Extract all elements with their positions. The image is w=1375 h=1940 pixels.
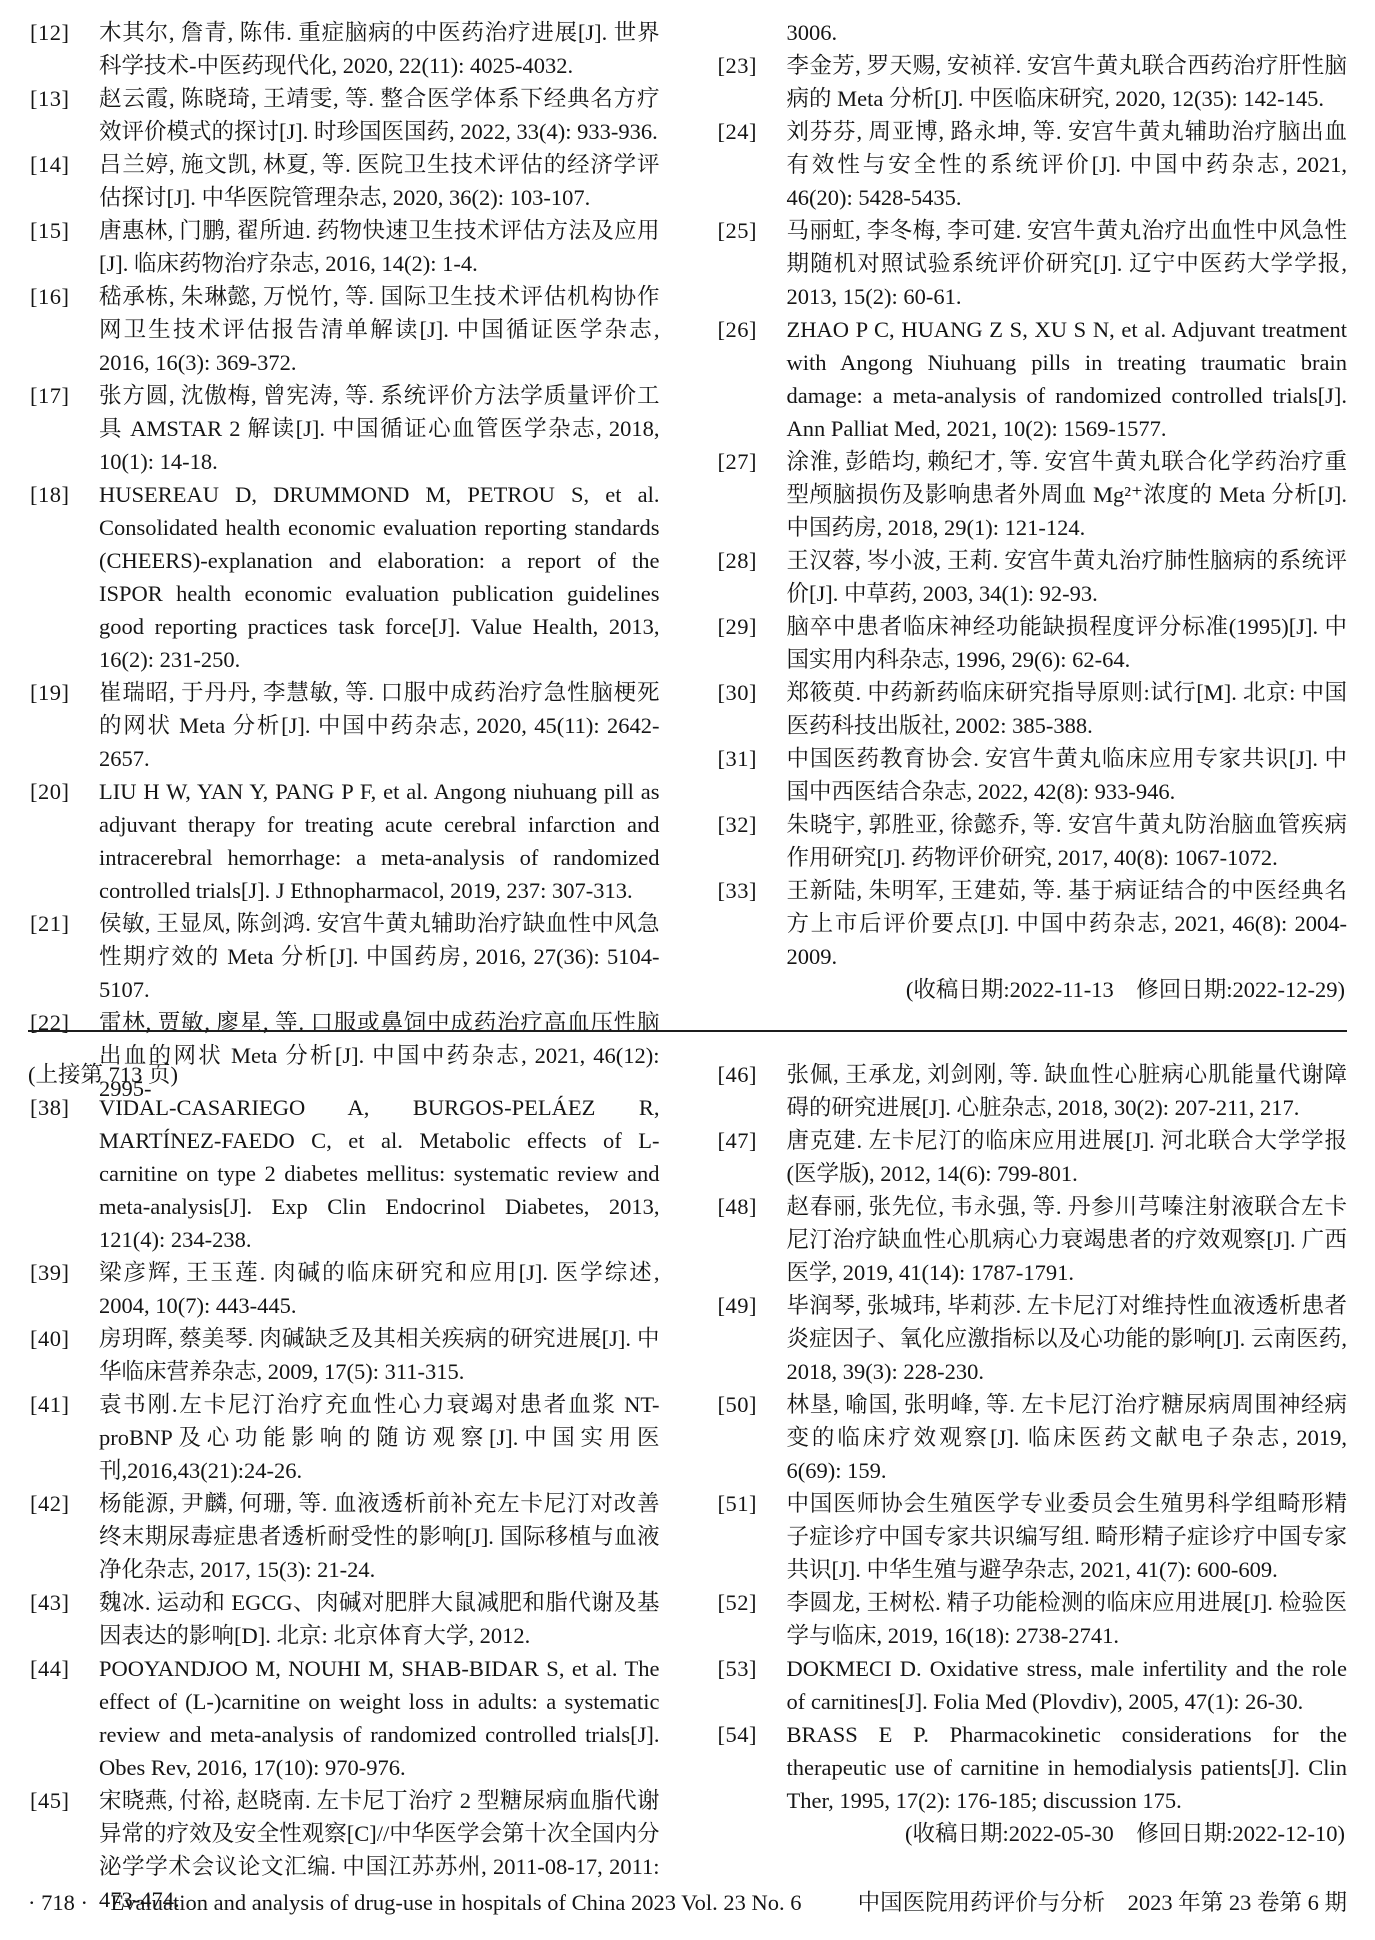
reference-item: [24]刘芬芬, 周亚博, 路永坤, 等. 安宫牛黄丸辅助治疗脑出血有效性与安全… — [716, 115, 1348, 214]
reference-number: [29] — [718, 610, 758, 643]
reference-item: [32]朱晓宇, 郭胜亚, 徐懿乔, 等. 安宫牛黄丸防治脑血管疾病作用研究[J… — [716, 808, 1348, 874]
reference-number: [50] — [718, 1388, 758, 1421]
reference-item: [53]DOKMECI D. Oxidative stress, male in… — [716, 1652, 1348, 1718]
reference-item: 3006. — [716, 16, 1348, 49]
reference-item: [43]魏冰. 运动和 EGCG、肉碱对肥胖大鼠减肥和脂代谢及基因表达的影响[D… — [28, 1586, 660, 1652]
reference-text: 林垦, 喻国, 张明峰, 等. 左卡尼汀治疗糖尿病周围神经病变的临床疗效观察[J… — [787, 1392, 1348, 1483]
reference-number: [28] — [718, 544, 758, 577]
reference-number: [32] — [718, 808, 758, 841]
reference-text: 赵云霞, 陈晓琦, 王靖雯, 等. 整合医学体系下经典名方疗效评价模式的探讨[J… — [99, 86, 660, 144]
reference-text: 3006. — [787, 20, 838, 45]
reference-number: [22] — [30, 1006, 70, 1039]
reference-item: [23]李金芳, 罗天赐, 安祯祥. 安宫牛黄丸联合西药治疗肝性脑病的 Meta… — [716, 49, 1348, 115]
reference-item: [38]VIDAL-CASARIEGO A, BURGOS-PELÁEZ R, … — [28, 1091, 660, 1256]
reference-number: [49] — [718, 1289, 758, 1322]
reference-number: [46] — [718, 1058, 758, 1091]
reference-number: [27] — [718, 445, 758, 478]
footer-page-number-and-journal-en: · 718 · Evaluation and analysis of drug-… — [28, 1886, 801, 1919]
bottom-right-column: [46]张佩, 王承龙, 刘剑刚, 等. 缺血性心脏病心肌能量代谢障碍的研究进展… — [716, 1058, 1348, 1916]
reference-number: [43] — [30, 1586, 70, 1619]
reference-item: [26]ZHAO P C, HUANG Z S, XU S N, et al. … — [716, 313, 1348, 445]
reference-text: 马丽虹, 李冬梅, 李可建. 安宫牛黄丸治疗出血性中风急性期随机对照试验系统评价… — [787, 218, 1348, 309]
reference-number: [13] — [30, 82, 70, 115]
reference-text: 中国医药教育协会. 安宫牛黄丸临床应用专家共识[J]. 中国中西医结合杂志, 2… — [787, 746, 1348, 804]
reference-number: [38] — [30, 1091, 70, 1124]
bottom-left-column: (上接第 713 页) [38]VIDAL-CASARIEGO A, BURGO… — [28, 1058, 660, 1916]
reference-text: 李金芳, 罗天赐, 安祯祥. 安宫牛黄丸联合西药治疗肝性脑病的 Meta 分析[… — [787, 53, 1348, 111]
reference-text: 唐克建. 左卡尼汀的临床应用进展[J]. 河北联合大学学报(医学版), 2012… — [787, 1128, 1348, 1186]
reference-number: [16] — [30, 280, 70, 313]
reference-list-bottom-left: [38]VIDAL-CASARIEGO A, BURGOS-PELÁEZ R, … — [28, 1091, 660, 1916]
reference-text: 房玥晖, 蔡美琴. 肉碱缺乏及其相关疾病的研究进展[J]. 中华临床营养杂志, … — [99, 1326, 660, 1384]
reference-item: [29]脑卒中患者临床神经功能缺损程度评分标准(1995)[J]. 中国实用内科… — [716, 610, 1348, 676]
reference-item: [25]马丽虹, 李冬梅, 李可建. 安宫牛黄丸治疗出血性中风急性期随机对照试验… — [716, 214, 1348, 313]
reference-number: [21] — [30, 907, 70, 940]
reference-text: 袁书刚.左卡尼汀治疗充血性心力衰竭对患者血浆 NT-proBNP及心功能影响的随… — [99, 1392, 660, 1483]
reference-number: [20] — [30, 775, 70, 808]
reference-item: [17]张方圆, 沈傲梅, 曾宪涛, 等. 系统评价方法学质量评价工具 AMST… — [28, 379, 660, 478]
reference-text: 赵春丽, 张先位, 韦永强, 等. 丹参川芎嗪注射液联合左卡尼汀治疗缺血性心肌病… — [787, 1194, 1348, 1285]
reference-number: [25] — [718, 214, 758, 247]
footer-journal-cn-volume-issue: 中国医院用药评价与分析 2023 年第 23 卷第 6 期 — [858, 1886, 1347, 1919]
references-section-bottom: (上接第 713 页) [38]VIDAL-CASARIEGO A, BURGO… — [28, 1058, 1347, 1916]
continuation-note: (上接第 713 页) — [28, 1058, 660, 1091]
reference-number: [33] — [718, 874, 758, 907]
reference-item: [40]房玥晖, 蔡美琴. 肉碱缺乏及其相关疾病的研究进展[J]. 中华临床营养… — [28, 1322, 660, 1388]
reference-number: [48] — [718, 1190, 758, 1223]
reference-item: [51]中国医师协会生殖医学专业委员会生殖男科学组畸形精子症诊疗中国专家共识编写… — [716, 1487, 1348, 1586]
reference-text: LIU H W, YAN Y, PANG P F, et al. Angong … — [99, 779, 660, 903]
journal-references-page: [12]木其尔, 詹青, 陈伟. 重症脑病的中医药治疗进展[J]. 世界科学技术… — [0, 0, 1375, 1940]
reference-item: [33]王新陆, 朱明军, 王建茹, 等. 基于病证结合的中医经典名方上市后评价… — [716, 874, 1348, 973]
reference-text: ZHAO P C, HUANG Z S, XU S N, et al. Adju… — [787, 317, 1348, 441]
reference-item: [21]侯敏, 王显凤, 陈剑鸿. 安宫牛黄丸辅助治疗缺血性中风急性期疗效的 M… — [28, 907, 660, 1006]
reference-number: [17] — [30, 379, 70, 412]
reference-item: [19]崔瑞昭, 于丹丹, 李慧敏, 等. 口服中成药治疗急性脑梗死的网状 Me… — [28, 676, 660, 775]
reference-item: [28]王汉蓉, 岑小波, 王莉. 安宫牛黄丸治疗肺性脑病的系统评价[J]. 中… — [716, 544, 1348, 610]
reference-number: [24] — [718, 115, 758, 148]
reference-number: [54] — [718, 1718, 758, 1751]
reference-text: 崔瑞昭, 于丹丹, 李慧敏, 等. 口服中成药治疗急性脑梗死的网状 Meta 分… — [99, 680, 660, 771]
reference-number: [41] — [30, 1388, 70, 1421]
section-divider-rule — [28, 1030, 1347, 1032]
reference-number: [14] — [30, 148, 70, 181]
reference-item: [52]李圆龙, 王树松. 精子功能检测的临床应用进展[J]. 检验医学与临床,… — [716, 1586, 1348, 1652]
reference-number: [52] — [718, 1586, 758, 1619]
top-left-column: [12]木其尔, 詹青, 陈伟. 重症脑病的中医药治疗进展[J]. 世界科学技术… — [28, 16, 660, 1105]
reference-item: [30]郑筱萸. 中药新药临床研究指导原则:试行[M]. 北京: 中国医药科技出… — [716, 676, 1348, 742]
reference-number: [18] — [30, 478, 70, 511]
reference-number: [15] — [30, 214, 70, 247]
received-revised-dates: (收稿日期:2022-11-13 修回日期:2022-12-29) — [716, 973, 1348, 1006]
reference-item: [16]嵇承栋, 朱琳懿, 万悦竹, 等. 国际卫生技术评估机构协作网卫生技术评… — [28, 280, 660, 379]
reference-text: 木其尔, 詹青, 陈伟. 重症脑病的中医药治疗进展[J]. 世界科学技术-中医药… — [99, 20, 660, 78]
references-section-top: [12]木其尔, 詹青, 陈伟. 重症脑病的中医药治疗进展[J]. 世界科学技术… — [28, 16, 1347, 1105]
reference-text: 郑筱萸. 中药新药临床研究指导原则:试行[M]. 北京: 中国医药科技出版社, … — [787, 680, 1348, 738]
reference-text: DOKMECI D. Oxidative stress, male infert… — [787, 1656, 1348, 1714]
reference-item: [42]杨能源, 尹麟, 何珊, 等. 血液透析前补充左卡尼汀对改善终末期尿毒症… — [28, 1487, 660, 1586]
reference-list-top-right: 3006.[23]李金芳, 罗天赐, 安祯祥. 安宫牛黄丸联合西药治疗肝性脑病的… — [716, 16, 1348, 973]
reference-item: [13]赵云霞, 陈晓琦, 王靖雯, 等. 整合医学体系下经典名方疗效评价模式的… — [28, 82, 660, 148]
reference-text: 杨能源, 尹麟, 何珊, 等. 血液透析前补充左卡尼汀对改善终末期尿毒症患者透析… — [99, 1491, 660, 1582]
reference-number: [44] — [30, 1652, 70, 1685]
reference-number: [23] — [718, 49, 758, 82]
reference-item: [20]LIU H W, YAN Y, PANG P F, et al. Ang… — [28, 775, 660, 907]
reference-number: [39] — [30, 1256, 70, 1289]
reference-text: HUSEREAU D, DRUMMOND M, PETROU S, et al.… — [99, 482, 660, 672]
reference-list-top-left: [12]木其尔, 詹青, 陈伟. 重症脑病的中医药治疗进展[J]. 世界科学技术… — [28, 16, 660, 1105]
reference-number: [40] — [30, 1322, 70, 1355]
reference-number: [30] — [718, 676, 758, 709]
reference-number: [53] — [718, 1652, 758, 1685]
reference-text: 魏冰. 运动和 EGCG、肉碱对肥胖大鼠减肥和脂代谢及基因表达的影响[D]. 北… — [99, 1590, 660, 1648]
reference-text: 嵇承栋, 朱琳懿, 万悦竹, 等. 国际卫生技术评估机构协作网卫生技术评估报告清… — [99, 284, 660, 375]
reference-item: [46]张佩, 王承龙, 刘剑刚, 等. 缺血性心脏病心肌能量代谢障碍的研究进展… — [716, 1058, 1348, 1124]
reference-item: [49]毕润琴, 张城玮, 毕莉莎. 左卡尼汀对维持性血液透析患者炎症因子、氧化… — [716, 1289, 1348, 1388]
reference-list-bottom-right: [46]张佩, 王承龙, 刘剑刚, 等. 缺血性心脏病心肌能量代谢障碍的研究进展… — [716, 1058, 1348, 1817]
reference-item: [48]赵春丽, 张先位, 韦永强, 等. 丹参川芎嗪注射液联合左卡尼汀治疗缺血… — [716, 1190, 1348, 1289]
reference-text: 吕兰婷, 施文凯, 林夏, 等. 医院卫生技术评估的经济学评估探讨[J]. 中华… — [99, 152, 660, 210]
reference-text: 脑卒中患者临床神经功能缺损程度评分标准(1995)[J]. 中国实用内科杂志, … — [787, 614, 1348, 672]
reference-number: [31] — [718, 742, 758, 775]
reference-item: [14]吕兰婷, 施文凯, 林夏, 等. 医院卫生技术评估的经济学评估探讨[J]… — [28, 148, 660, 214]
reference-item: [50]林垦, 喻国, 张明峰, 等. 左卡尼汀治疗糖尿病周围神经病变的临床疗效… — [716, 1388, 1348, 1487]
page-footer: · 718 · Evaluation and analysis of drug-… — [28, 1886, 1347, 1919]
reference-item: [27]涂淮, 彭皓均, 赖纪才, 等. 安宫牛黄丸联合化学药治疗重型颅脑损伤及… — [716, 445, 1348, 544]
reference-item: [31]中国医药教育协会. 安宫牛黄丸临床应用专家共识[J]. 中国中西医结合杂… — [716, 742, 1348, 808]
reference-text: 唐惠林, 门鹏, 翟所迪. 药物快速卫生技术评估方法及应用[J]. 临床药物治疗… — [99, 218, 660, 276]
reference-item: [47]唐克建. 左卡尼汀的临床应用进展[J]. 河北联合大学学报(医学版), … — [716, 1124, 1348, 1190]
reference-text: 王新陆, 朱明军, 王建茹, 等. 基于病证结合的中医经典名方上市后评价要点[J… — [787, 878, 1348, 969]
reference-item: [12]木其尔, 詹青, 陈伟. 重症脑病的中医药治疗进展[J]. 世界科学技术… — [28, 16, 660, 82]
reference-item: [15]唐惠林, 门鹏, 翟所迪. 药物快速卫生技术评估方法及应用[J]. 临床… — [28, 214, 660, 280]
reference-number: [12] — [30, 16, 70, 49]
received-revised-dates: (收稿日期:2022-05-30 修回日期:2022-12-10) — [716, 1817, 1348, 1850]
reference-text: 朱晓宇, 郭胜亚, 徐懿乔, 等. 安宫牛黄丸防治脑血管疾病作用研究[J]. 药… — [787, 812, 1348, 870]
reference-number: [19] — [30, 676, 70, 709]
reference-item: [44]POOYANDJOO M, NOUHI M, SHAB-BIDAR S,… — [28, 1652, 660, 1784]
reference-text: VIDAL-CASARIEGO A, BURGOS-PELÁEZ R, MART… — [99, 1095, 660, 1252]
reference-text: 毕润琴, 张城玮, 毕莉莎. 左卡尼汀对维持性血液透析患者炎症因子、氧化应激指标… — [787, 1293, 1348, 1384]
reference-number: [47] — [718, 1124, 758, 1157]
reference-text: 中国医师协会生殖医学专业委员会生殖男科学组畸形精子症诊疗中国专家共识编写组. 畸… — [787, 1491, 1348, 1582]
reference-text: 张方圆, 沈傲梅, 曾宪涛, 等. 系统评价方法学质量评价工具 AMSTAR 2… — [99, 383, 660, 474]
reference-text: 李圆龙, 王树松. 精子功能检测的临床应用进展[J]. 检验医学与临床, 201… — [787, 1590, 1348, 1648]
reference-item: [41]袁书刚.左卡尼汀治疗充血性心力衰竭对患者血浆 NT-proBNP及心功能… — [28, 1388, 660, 1487]
reference-number: [26] — [718, 313, 758, 346]
reference-text: 涂淮, 彭皓均, 赖纪才, 等. 安宫牛黄丸联合化学药治疗重型颅脑损伤及影响患者… — [787, 449, 1348, 540]
reference-item: [18]HUSEREAU D, DRUMMOND M, PETROU S, et… — [28, 478, 660, 676]
reference-number: [42] — [30, 1487, 70, 1520]
reference-text: 侯敏, 王显凤, 陈剑鸿. 安宫牛黄丸辅助治疗缺血性中风急性期疗效的 Meta … — [99, 911, 660, 1002]
top-right-column: 3006.[23]李金芳, 罗天赐, 安祯祥. 安宫牛黄丸联合西药治疗肝性脑病的… — [716, 16, 1348, 1105]
reference-item: [39]梁彦辉, 王玉莲. 肉碱的临床研究和应用[J]. 医学综述, 2004,… — [28, 1256, 660, 1322]
reference-number: [51] — [718, 1487, 758, 1520]
reference-item: [54]BRASS E P. Pharmacokinetic considera… — [716, 1718, 1348, 1817]
reference-text: BRASS E P. Pharmacokinetic consideration… — [787, 1722, 1348, 1813]
reference-text: 王汉蓉, 岑小波, 王莉. 安宫牛黄丸治疗肺性脑病的系统评价[J]. 中草药, … — [787, 548, 1348, 606]
reference-text: 梁彦辉, 王玉莲. 肉碱的临床研究和应用[J]. 医学综述, 2004, 10(… — [99, 1260, 660, 1318]
reference-text: 张佩, 王承龙, 刘剑刚, 等. 缺血性心脏病心肌能量代谢障碍的研究进展[J].… — [787, 1062, 1348, 1120]
reference-text: 刘芬芬, 周亚博, 路永坤, 等. 安宫牛黄丸辅助治疗脑出血有效性与安全性的系统… — [787, 119, 1348, 210]
reference-text: POOYANDJOO M, NOUHI M, SHAB-BIDAR S, et … — [99, 1656, 660, 1780]
reference-number: [45] — [30, 1784, 70, 1817]
